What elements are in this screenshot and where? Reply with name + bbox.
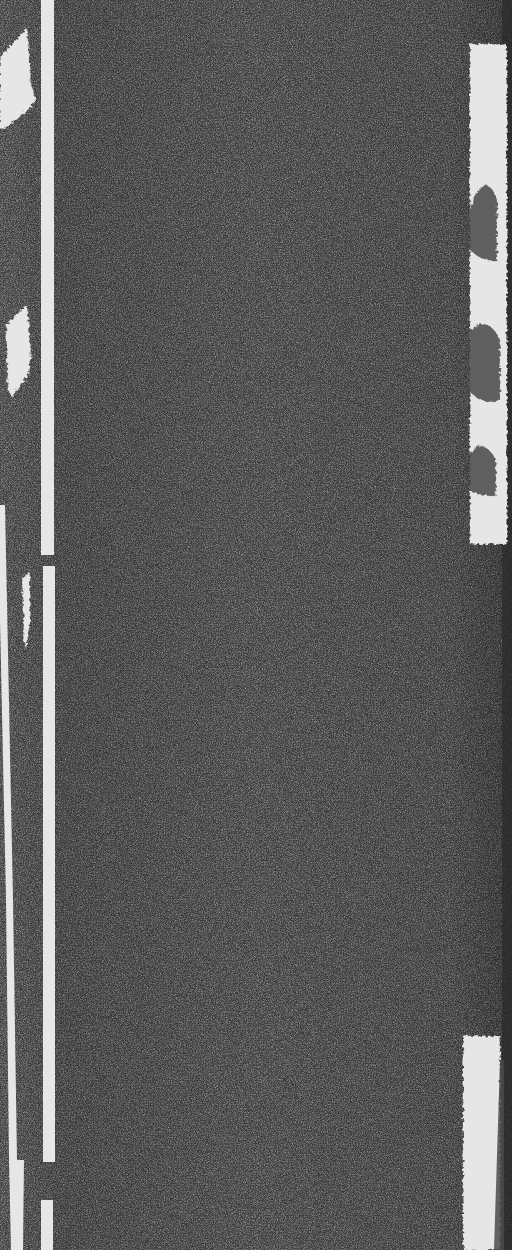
left-solid-lane-line <box>41 0 54 555</box>
right-dashed-lane-mark <box>463 1036 500 1250</box>
road-surface-image <box>0 0 512 1250</box>
